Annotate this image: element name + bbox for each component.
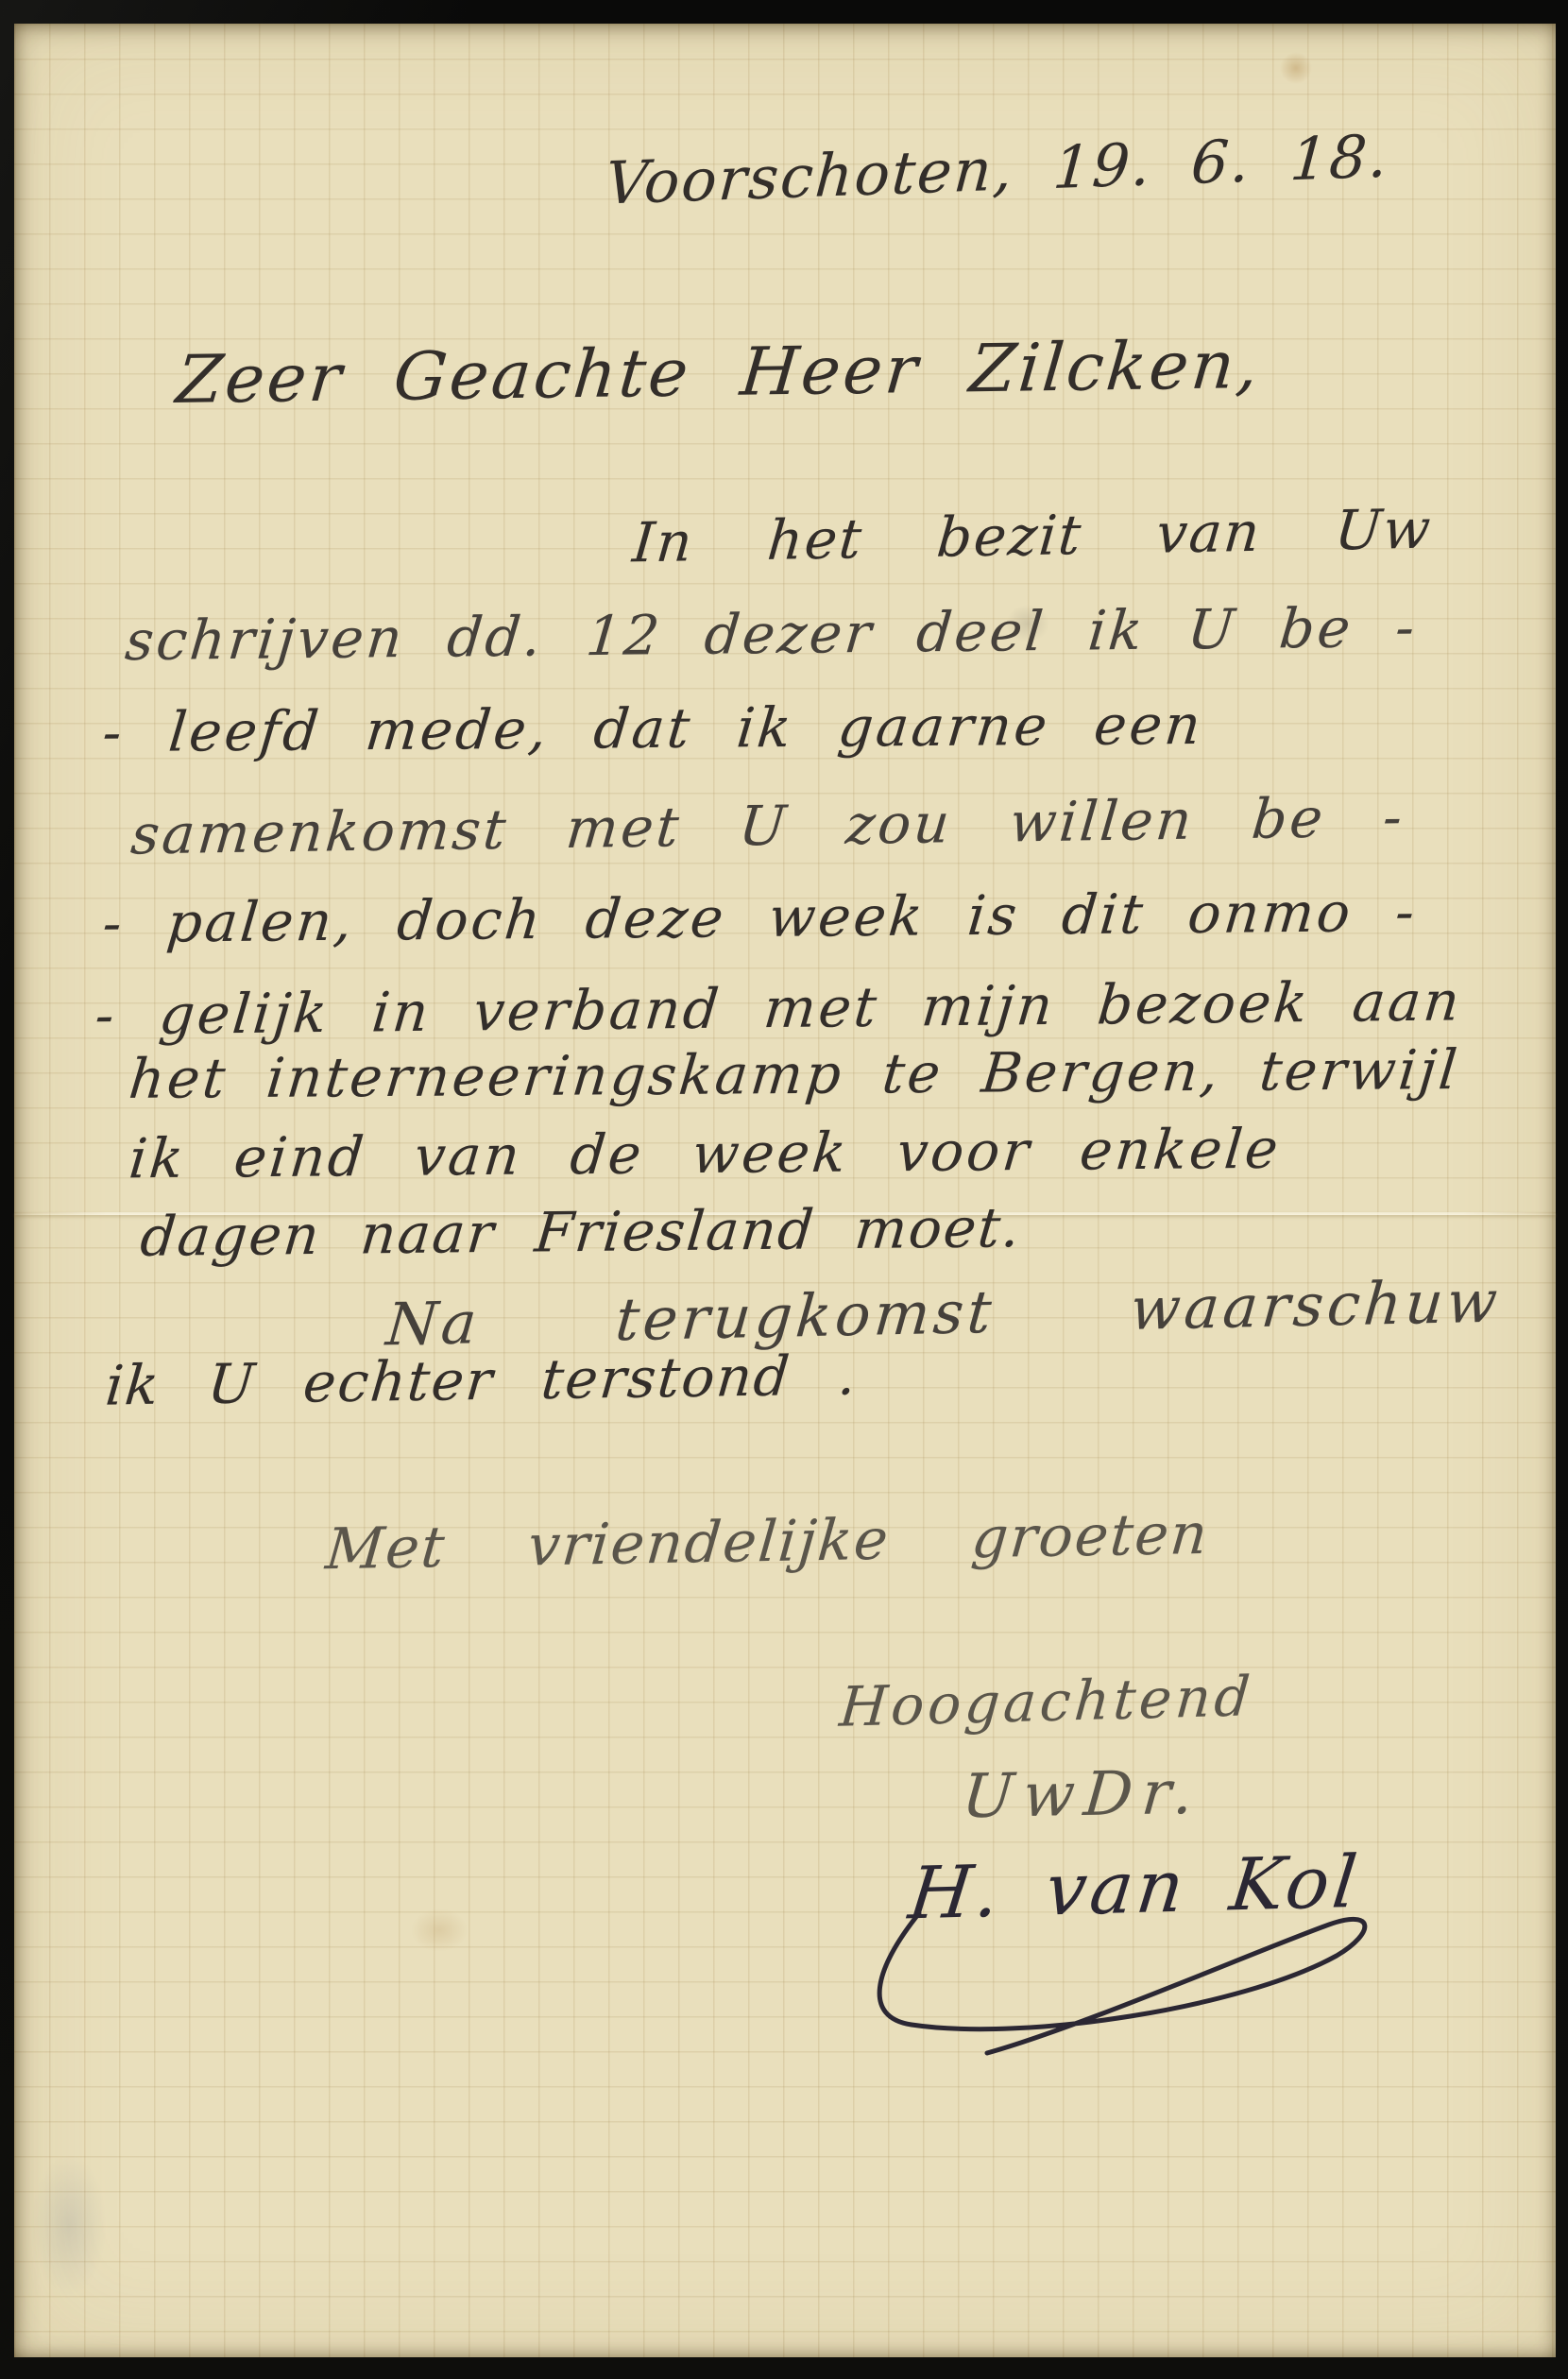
body-line: - palen, doch deze week is dit onmo -	[100, 880, 1421, 955]
dateline: Voorschoten, 19. 6. 18.	[604, 121, 1392, 217]
letter-paper: Voorschoten, 19. 6. 18. Zeer Geachte Hee…	[14, 24, 1556, 2357]
body-line: - leefd mede, dat ik gaarne een	[100, 693, 1206, 764]
paper-stain	[31, 2154, 107, 2296]
body-line: In het bezit van Uw	[630, 497, 1435, 575]
body-line: samenkomst met U zou willen be -	[128, 785, 1407, 867]
body-line: schrijven dd. 12 dezer deel ik U be -	[123, 595, 1421, 673]
body-line: ik eind van de week voor enkele	[127, 1117, 1284, 1191]
paper-stain	[1280, 52, 1312, 84]
body-line: het interneeringskamp te Bergen, terwijl	[127, 1037, 1463, 1111]
salutation: Zeer Geachte Heer Zilcken,	[173, 326, 1264, 419]
closing-valediction: Hoogachtend	[837, 1664, 1255, 1739]
closing-abbreviation: UwDr.	[960, 1758, 1205, 1833]
body-line: dagen naar Friesland moet.	[138, 1195, 1025, 1269]
body-line: Na terugkomst waarschuw	[383, 1267, 1504, 1360]
body-line: - gelijk in verband met mijn bezoek aan	[93, 968, 1465, 1047]
paper-stain	[411, 1908, 468, 1952]
signature-flourish	[845, 1904, 1393, 2074]
body-line: ik U echter terstond .	[103, 1343, 861, 1417]
closing-greeting: Met vriendelijke groeten	[323, 1501, 1212, 1583]
